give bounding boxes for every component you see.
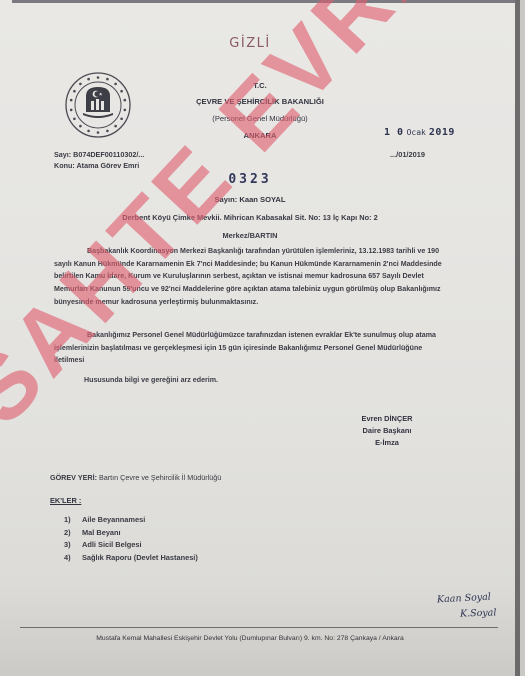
attachment-label: Mal Beyanı xyxy=(82,528,121,537)
duty-location: GÖREV YERİ: Bartın Çevre ve Şehircilik İ… xyxy=(50,473,221,482)
attachment-item: 4)Sağlık Raporu (Devlet Hastanesi) xyxy=(64,551,198,564)
duty-location-value: Bartın Çevre ve Şehircilik İl Müdürlüğü xyxy=(99,473,221,482)
number-stamp: 0323 xyxy=(0,172,500,187)
attachment-label: Adli Sicil Belgesi xyxy=(82,540,142,549)
date-stamp-day: 1 0 xyxy=(384,127,404,138)
body-paragraph-2: Bakanlığımız Personel Genel Müdürlüğümüz… xyxy=(54,329,454,367)
date-stamp: 1 0Ocak2019 xyxy=(384,127,455,138)
attachments-list: 1)Aile Beyannamesi 2)Mal Beyanı 3)Adli S… xyxy=(64,513,198,564)
body-paragraph-2-text: Bakanlığımız Personel Genel Müdürlüğümüz… xyxy=(54,331,436,364)
footer-address: Mustafa Kemal Mahallesi Eskişehir Devlet… xyxy=(40,633,460,644)
page-right-edge xyxy=(515,0,520,676)
city-heading: ANKARA xyxy=(140,131,380,140)
attachment-item: 3)Adli Sicil Belgesi xyxy=(64,539,198,552)
recipient-city: Merkez/BARTIN xyxy=(0,231,500,240)
date-line: .../01/2019 xyxy=(390,150,425,159)
subject-line: Konu: Atama Görev Emri xyxy=(54,161,139,170)
date-stamp-year: 2019 xyxy=(429,127,455,138)
ministry-heading: ÇEVRE VE ŞEHİRCİLİK BAKANLIĞI xyxy=(140,97,380,106)
attachment-number: 3) xyxy=(64,540,82,549)
footer-divider xyxy=(20,627,498,628)
ministry-seal-icon xyxy=(63,70,133,140)
recipient-address: Derbent Köyü Çimke Mevkii. Mihrican Kaba… xyxy=(0,213,500,222)
duty-location-label: GÖREV YERİ: xyxy=(50,473,97,482)
state-heading: T.C. xyxy=(140,81,380,90)
closing-line: Hususunda bilgi ve gereğini arz ederim. xyxy=(84,376,218,384)
attachment-number: 4) xyxy=(64,553,82,562)
attachment-number: 2) xyxy=(64,528,82,537)
signer-name: Evren DİNÇER xyxy=(352,414,422,423)
body-paragraph-1-text: Başbakanlık Koordinasyon Merkezi Başkanl… xyxy=(54,247,442,306)
signer-title: Daire Başkanı xyxy=(352,426,422,435)
attachments-heading: EK'LER : xyxy=(50,496,81,505)
signer-signature: E-İmza xyxy=(352,438,422,447)
fake-document-watermark: SAHTE EVRAK xyxy=(0,0,517,445)
attachment-item: 1)Aile Beyannamesi xyxy=(64,513,198,526)
date-stamp-month: Ocak xyxy=(407,128,426,137)
reference-number: Sayı: B074DEF00110302/... xyxy=(54,150,144,159)
classification-mark: GİZLİ xyxy=(0,36,500,51)
page-top-shadow xyxy=(12,0,517,3)
recipient-name: Sayın: Kaan SOYAL xyxy=(0,195,500,204)
attachment-number: 1) xyxy=(64,515,82,524)
department-heading: (Personel Genel Müdürlüğü) xyxy=(140,114,380,123)
attachment-label: Sağlık Raporu (Devlet Hastanesi) xyxy=(82,553,198,562)
document-page: GİZLİ T.C. ÇEVRE VE ŞEHİRCİLİK BAKANLIĞI xyxy=(0,0,520,676)
handwritten-signature: K.Soyal xyxy=(460,607,497,619)
attachment-label: Aile Beyannamesi xyxy=(82,515,145,524)
body-paragraph-1: Başbakanlık Koordinasyon Merkezi Başkanl… xyxy=(54,245,454,309)
attachment-item: 2)Mal Beyanı xyxy=(64,526,198,539)
